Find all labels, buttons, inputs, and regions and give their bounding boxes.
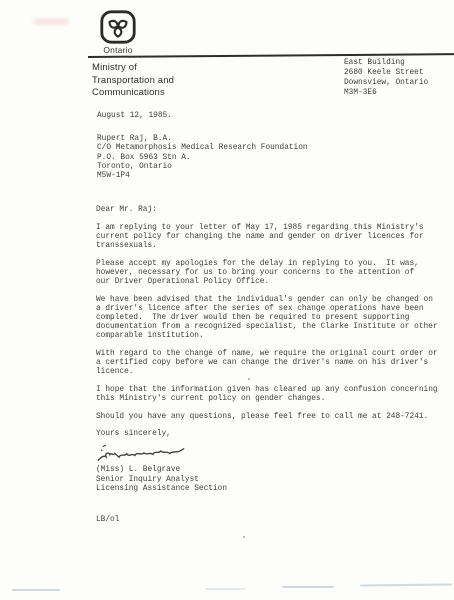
letter-date: August 12, 1985. — [97, 112, 172, 120]
letter-body: Dear Mr. Raj: I am replying to your lett… — [96, 206, 452, 494]
letter-paragraph: We have been advised that the individual… — [96, 296, 452, 341]
letter-paragraph: With regard to the change of name, we re… — [96, 350, 452, 377]
office-address-line: 2680 Keele Street — [344, 68, 428, 78]
recipient-line: Rupert Raj, B.A. — [97, 135, 308, 144]
scan-artifact-line — [282, 586, 334, 588]
scan-artifact-speck — [243, 536, 245, 538]
ministry-line: Communications — [92, 87, 174, 100]
office-address-line: Downsview, Ontario — [344, 78, 428, 88]
ministry-line: Ministry of — [92, 62, 174, 75]
letter-paragraph: Please accept my apologies for the delay… — [96, 260, 452, 287]
ontario-trillium-icon — [100, 10, 136, 44]
signer-title: Senior Inquiry Analyst — [96, 476, 452, 485]
scan-artifact-speck — [248, 378, 250, 380]
scan-artifact-smudge — [33, 18, 69, 25]
signer-section: Licensing Assistance Section — [96, 485, 452, 494]
recipient-line: P.O. Box 5963 Stn A. — [97, 154, 308, 163]
signature-block: (Miss) L. Belgrave Senior Inquiry Analys… — [96, 442, 452, 494]
salutation: Dear Mr. Raj: — [96, 206, 452, 215]
recipient-line: Toronto, Ontario — [97, 163, 308, 172]
scan-artifact-line — [12, 589, 60, 591]
recipient-line: M5W-1P4 — [97, 172, 308, 181]
ministry-name: Ministry of Transportation and Communica… — [92, 62, 174, 100]
signer-name: (Miss) L. Belgrave — [96, 466, 452, 475]
office-address: East Building 2680 Keele Street Downsvie… — [344, 58, 428, 98]
scan-artifact-line — [205, 588, 245, 590]
closing: Yours sincerely, — [96, 430, 452, 439]
letter-paragraph: I am replying to your letter of May 17, … — [96, 224, 452, 251]
recipient-line: C/O Metamorphosis Medical Research Found… — [97, 144, 308, 153]
scanned-letter-page: Ontario Ministry of Transportation and C… — [0, 0, 454, 600]
handwritten-signature — [96, 442, 188, 466]
letter-paragraph: Should you have any questions, please fe… — [96, 413, 452, 422]
ontario-logo-label: Ontario — [99, 45, 137, 55]
ontario-logo: Ontario — [99, 10, 137, 55]
office-address-line: East Building — [344, 58, 428, 68]
office-address-line: M3M-3E6 — [344, 88, 428, 98]
letter-paragraph: I hope that the information given has cl… — [96, 386, 452, 404]
recipient-address: Rupert Raj, B.A. C/O Metamorphosis Medic… — [97, 135, 308, 181]
scan-artifact-line — [360, 584, 452, 587]
ministry-line: Transportation and — [92, 75, 174, 88]
typist-initials: LB/ol — [96, 516, 119, 524]
